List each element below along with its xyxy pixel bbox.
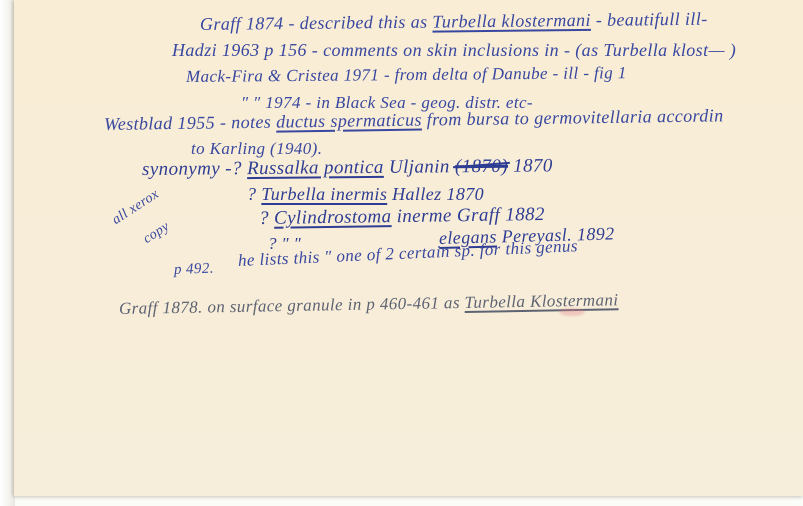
- handwriting-segment: copy: [141, 219, 173, 247]
- handwriting-segment: ductus spermaticus: [276, 110, 422, 132]
- handwriting-segment: Uljanin: [384, 156, 455, 178]
- handwriting-segment: Turbella Klostermani: [464, 290, 618, 312]
- line-p492: p 492.: [174, 261, 214, 279]
- line-hadzi-1963: Hadzi 1963 p 156 - comments on skin incl…: [172, 40, 736, 61]
- handwriting-segment: Westblad 1955 - notes: [104, 112, 276, 134]
- line-westblad-1955: Westblad 1955 - notes ductus spermaticus…: [104, 105, 724, 135]
- index-card: Graff 1874 - described this as Turbella …: [14, 0, 803, 496]
- handwriting-segment: 1870: [508, 155, 553, 176]
- handwriting-segment: ?: [247, 184, 261, 204]
- handwriting-segment: to Karling (1940).: [191, 139, 322, 158]
- scan-page-edge: [0, 0, 15, 506]
- handwriting-segment: Turbella inermis: [261, 184, 387, 204]
- line-turbella-inermis: ? Turbella inermis Hallez 1870: [247, 184, 484, 205]
- handwriting-segment: - beautifull ill-: [591, 9, 708, 30]
- handwriting-segment: inerme Graff 1882: [391, 204, 545, 227]
- handwriting-segment: synonymy -?: [142, 158, 247, 180]
- handwriting-segment: from bursa to germovitellaria accordin: [422, 105, 724, 129]
- handwriting-segment: Mack-Fira & Cristea 1971 - from delta of…: [186, 63, 627, 86]
- line-mack-fira-1971: Mack-Fira & Cristea 1971 - from delta of…: [186, 63, 627, 87]
- handwriting-segment: p 492.: [174, 261, 214, 278]
- handwriting-segment: Graff 1874 - described this as: [200, 12, 433, 34]
- handwriting-segment: Hadzi 1963 p 156 - comments on skin incl…: [172, 40, 736, 60]
- handwriting-segment: Turbella klostermani: [432, 10, 591, 32]
- handwriting-segment: (1870): [455, 156, 508, 177]
- handwriting-segment: Graff 1878. on surface granule in p 460-…: [119, 293, 465, 318]
- line-synonymy-russalka: synonymy -? Russalka pontica Uljanin (18…: [142, 155, 553, 181]
- handwriting-segment: Hallez 1870: [387, 184, 484, 204]
- handwriting-segment: ?: [259, 208, 274, 229]
- handwriting-segment: Russalka pontica: [247, 157, 384, 179]
- line-graff-1874: Graff 1874 - described this as Turbella …: [200, 9, 708, 35]
- note-all-xerox: all xerox: [110, 187, 163, 229]
- line-to-karling: to Karling (1940).: [191, 139, 322, 159]
- note-copy: copy: [141, 219, 173, 248]
- ink-smudge: [559, 308, 585, 316]
- handwriting-segment: all xerox: [110, 187, 162, 228]
- line-graff-1878: Graff 1878. on surface granule in p 460-…: [119, 290, 619, 319]
- handwriting-segment: Cylindrostoma: [274, 206, 392, 229]
